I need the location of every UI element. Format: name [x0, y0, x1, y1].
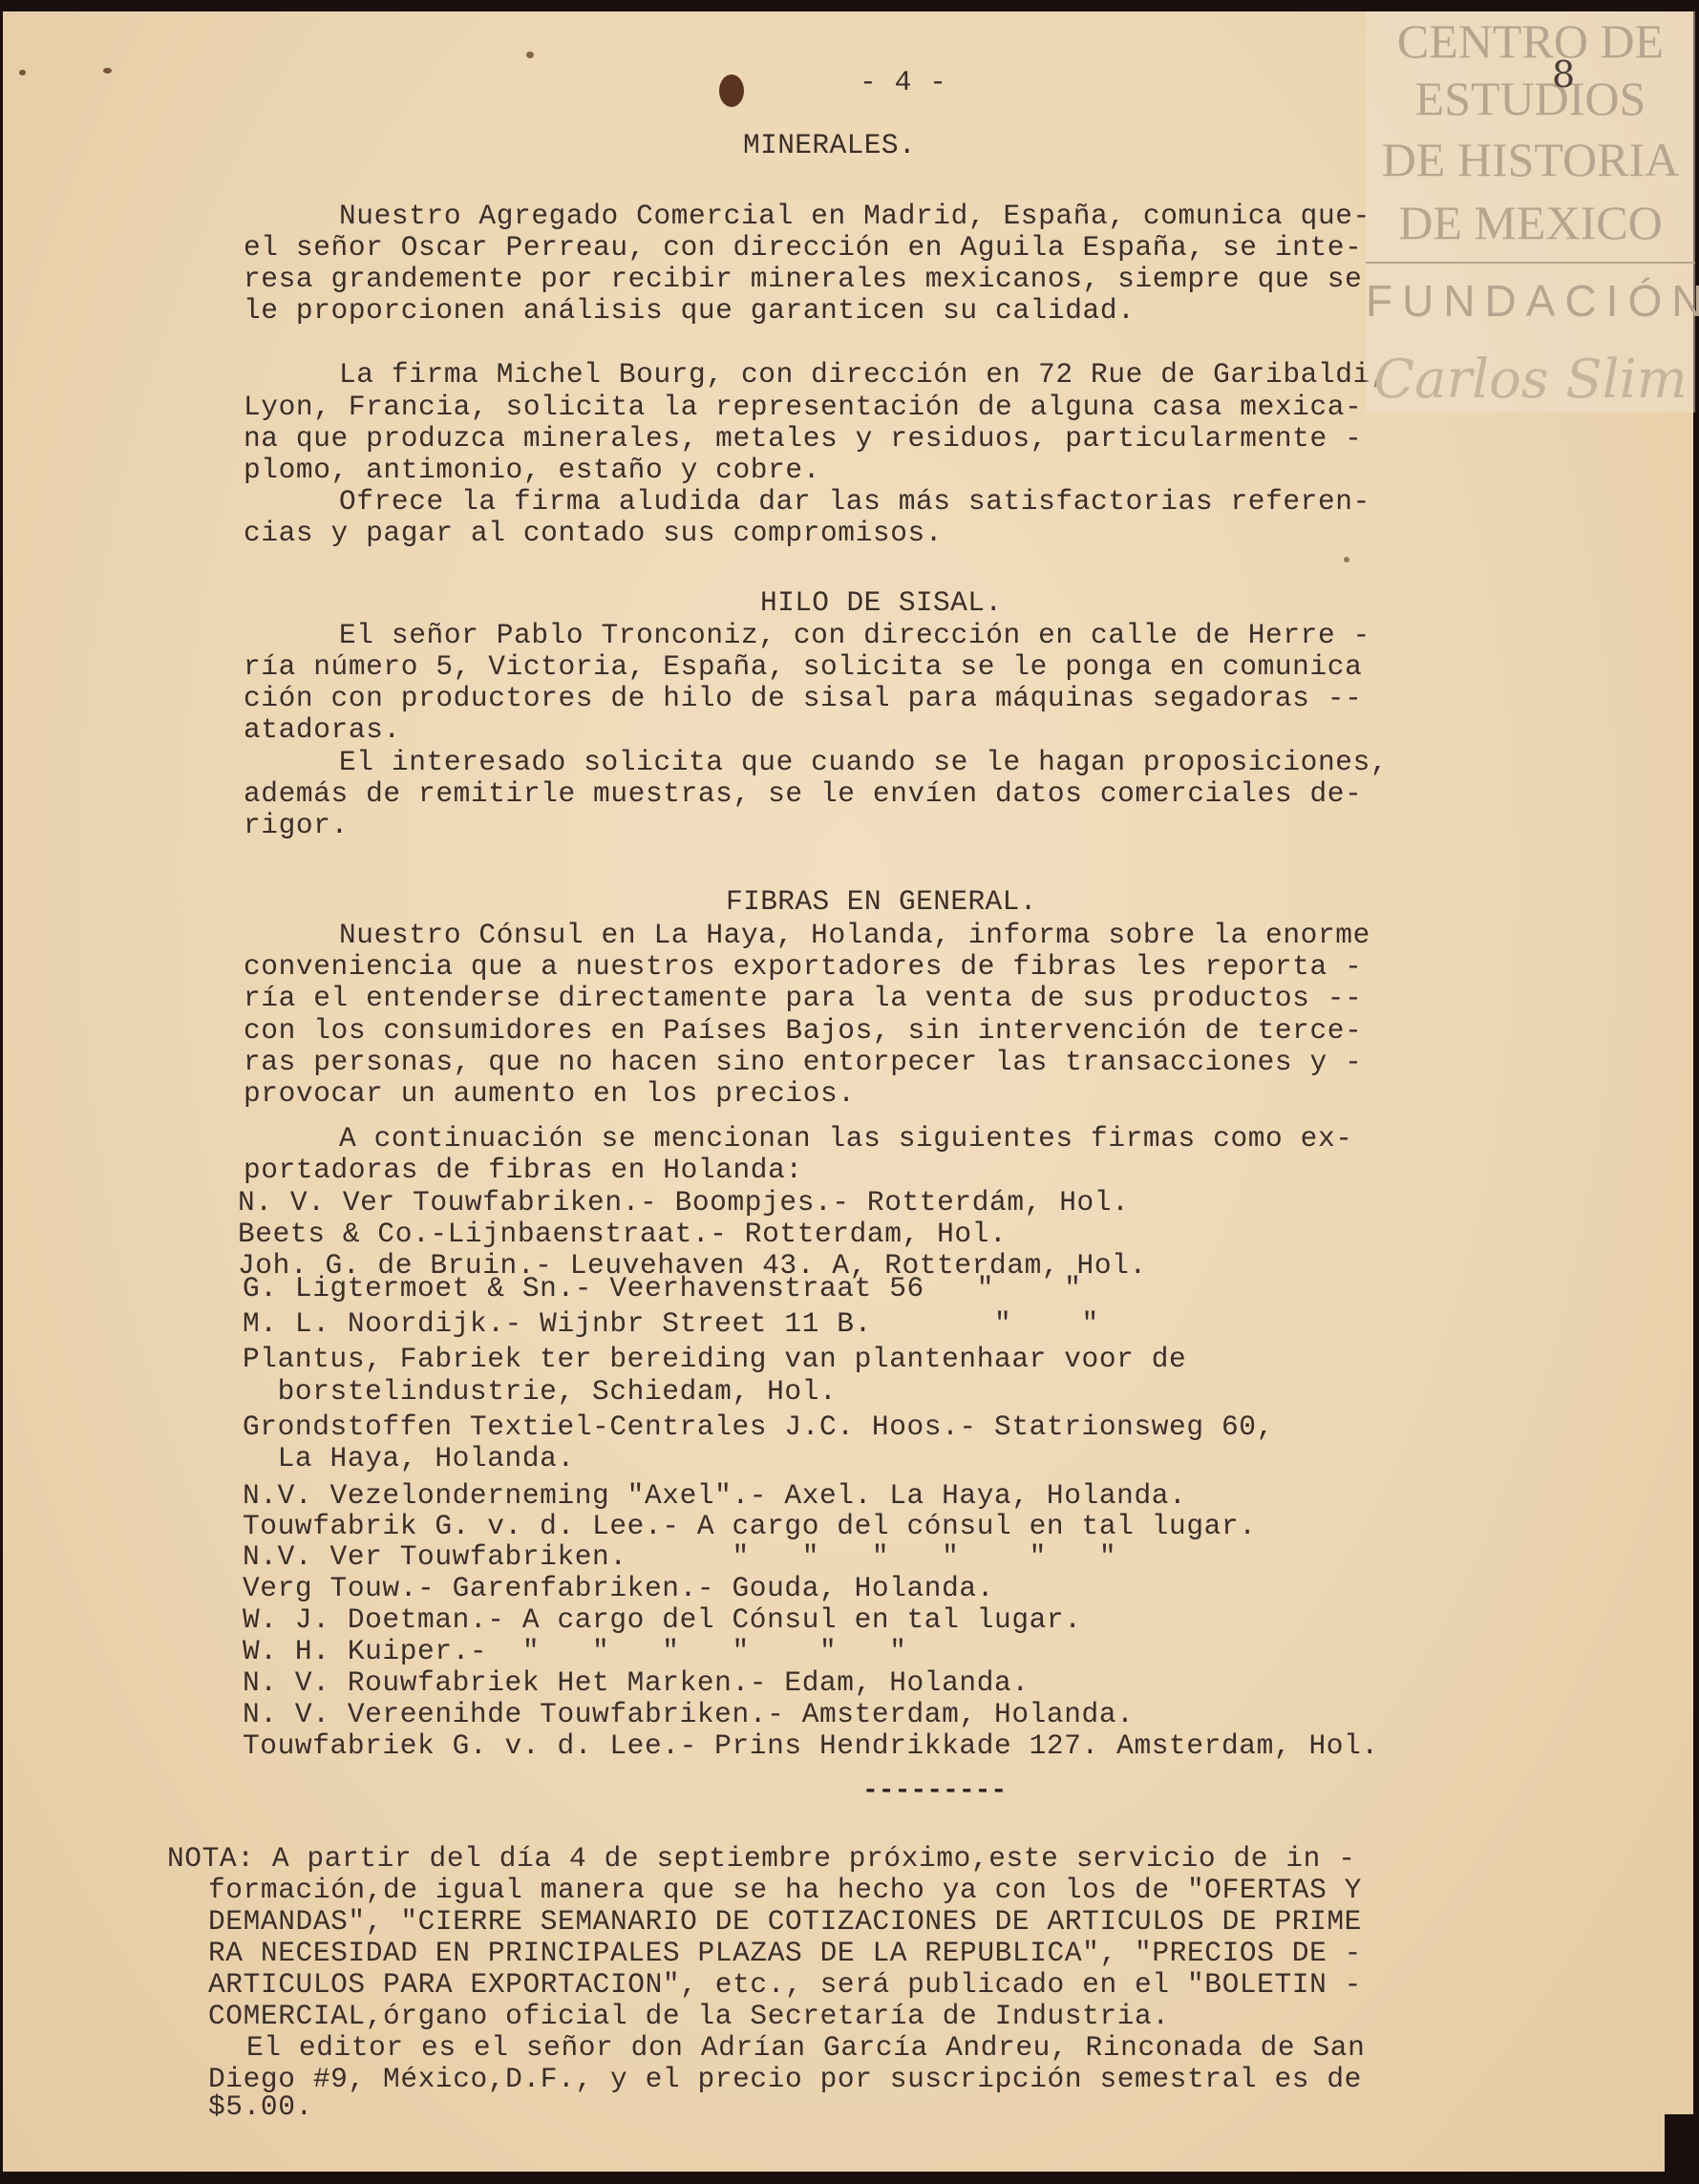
text-line: el señor Oscar Perreau, con dirección en… [244, 234, 1362, 263]
firm-list-item: N. V. Vereenihde Touwfabriken.- Amsterda… [243, 1701, 1134, 1729]
watermark-line: DE HISTORIA [1366, 136, 1695, 183]
firm-list-item: W. H. Kuiper.- " " " " " " [243, 1638, 907, 1666]
text-line: Nuestro Agregado Comercial en Madrid, Es… [339, 202, 1370, 231]
text-line: Lyon, Francia, solicita la representació… [244, 393, 1362, 422]
text-line: Nuestro Cónsul en La Haya, Holanda, info… [339, 922, 1370, 950]
archive-watermark: CENTRO DE ESTUDIOS DE HISTORIA DE MEXICO… [1366, 11, 1695, 413]
note-line: El editor es el señor don Adrían García … [246, 2034, 1365, 2063]
firm-list-item: Touwfabriek G. v. d. Lee.- Prins Hendrik… [243, 1732, 1379, 1761]
text-line: le proporcionen análisis que garanticen … [244, 297, 1135, 326]
note-line: RA NECESIDAD EN PRINCIPALES PLAZAS DE LA… [208, 1940, 1362, 1968]
firm-list-item: N. V. Ver Touwfabriken.- Boompjes.- Rott… [238, 1189, 1129, 1218]
page-number: - 4 - [860, 69, 947, 97]
note-line: COMERCIAL,órgano oficial de la Secretarí… [208, 2003, 1170, 2031]
firm-list-item: Grondstoffen Textiel-Centrales J.C. Hoos… [243, 1413, 1274, 1442]
note-line: $5.00. [208, 2093, 313, 2122]
text-line: cias y pagar al contado sus compromisos. [244, 519, 943, 548]
firm-list-item: La Haya, Holanda. [243, 1445, 575, 1474]
firm-list-item: borstelindustrie, Schiedam, Hol. [243, 1378, 837, 1407]
text-line: ría el entenderse directamente para la v… [244, 985, 1362, 1013]
watermark-line: DE MEXICO [1366, 199, 1695, 246]
watermark-line: ESTUDIOS [1366, 74, 1695, 122]
text-line: na que produzca minerales, metales y res… [244, 425, 1362, 454]
firm-list-item: N.V. Vezelonderneming "Axel".- Axel. La … [243, 1482, 1186, 1511]
ink-speck [1344, 557, 1349, 562]
text-line: conveniencia que a nuestros exportadores… [244, 953, 1362, 982]
firm-list-item: N.V. Ver Touwfabriken. " " " " " " [243, 1543, 1116, 1572]
text-line: ras personas, que no hacen sino entorpec… [244, 1049, 1362, 1077]
note-line: formación,de igual manera que se ha hech… [208, 1877, 1362, 1905]
firm-list-item: G. Ligtermoet & Sn.- Veerhavenstraat 56 … [243, 1275, 1082, 1304]
torn-corner [1665, 2114, 1693, 2172]
text-line: Ofrece la firma aludida dar las más sati… [339, 488, 1370, 517]
firm-list-item: Touwfabrik G. v. d. Lee.- A cargo del có… [243, 1513, 1257, 1541]
text-line: además de remitirle muestras, se le enví… [244, 780, 1362, 809]
text-line: resa grandemente por recibir minerales m… [244, 265, 1362, 294]
text-line: con los consumidores en Países Bajos, si… [244, 1017, 1362, 1046]
firm-list-item: Verg Touw.- Garenfabriken.- Gouda, Holan… [243, 1575, 994, 1603]
watermark-divider [1366, 262, 1695, 264]
firm-list-item: W. J. Doetman.- A cargo del Cónsul en ta… [243, 1606, 1082, 1635]
watermark-foundation: FUNDACIÓN [1366, 279, 1695, 323]
text-line: La firma Michel Bourg, con dirección en … [339, 361, 1388, 390]
text-line: A continuación se mencionan las siguient… [339, 1125, 1353, 1154]
ink-speck [103, 68, 112, 74]
text-line: ría número 5, Victoria, España, solicita… [244, 653, 1362, 682]
text-line: El interesado solicita que cuando se le … [339, 749, 1388, 777]
ink-speck [19, 70, 26, 75]
section-heading-sisal: HILO DE SISAL. [760, 589, 1002, 618]
text-line: ción con productores de hilo de sisal pa… [244, 685, 1362, 713]
section-separator: --------- [862, 1776, 1007, 1806]
note-line: Diego #9, México,D.F., y el precio por s… [208, 2066, 1362, 2094]
firm-list-item: N. V. Rouwfabriek Het Marken.- Edam, Hol… [243, 1669, 1030, 1698]
text-line: El señor Pablo Tronconiz, con dirección … [339, 622, 1370, 650]
section-heading-minerales: MINERALES. [743, 132, 916, 160]
text-line: portadoras de fibras en Holanda: [244, 1156, 803, 1185]
text-line: plomo, antimonio, estaño y cobre. [244, 456, 820, 485]
watermark-line: CENTRO DE [1366, 17, 1695, 65]
note-line: ARTICULOS PARA EXPORTACION", etc., será … [208, 1971, 1362, 2000]
firm-list-item: Beets & Co.-Lijnbaenstraat.- Rotterdam, … [238, 1220, 1007, 1249]
watermark-signature: Carlos Slim [1366, 353, 1695, 407]
ink-speck [526, 52, 534, 58]
note-line: NOTA: A partir del día 4 de septiembre p… [167, 1845, 1356, 1874]
text-line: atadoras. [244, 716, 401, 745]
text-line: provocar un aumento en los precios. [244, 1080, 856, 1109]
handwritten-folio-number: 8 [1552, 53, 1575, 95]
firm-list-item: Plantus, Fabriek ter bereiding van plant… [243, 1346, 1186, 1374]
firm-list-item: M. L. Noordijk.- Wijnbr Street 11 B. " " [243, 1310, 1099, 1339]
ink-stain [719, 74, 744, 107]
section-heading-fibras: FIBRAS EN GENERAL. [726, 888, 1037, 917]
text-line: rigor. [244, 812, 349, 840]
note-line: DEMANDAS", "CIERRE SEMANARIO DE COTIZACI… [208, 1908, 1362, 1937]
